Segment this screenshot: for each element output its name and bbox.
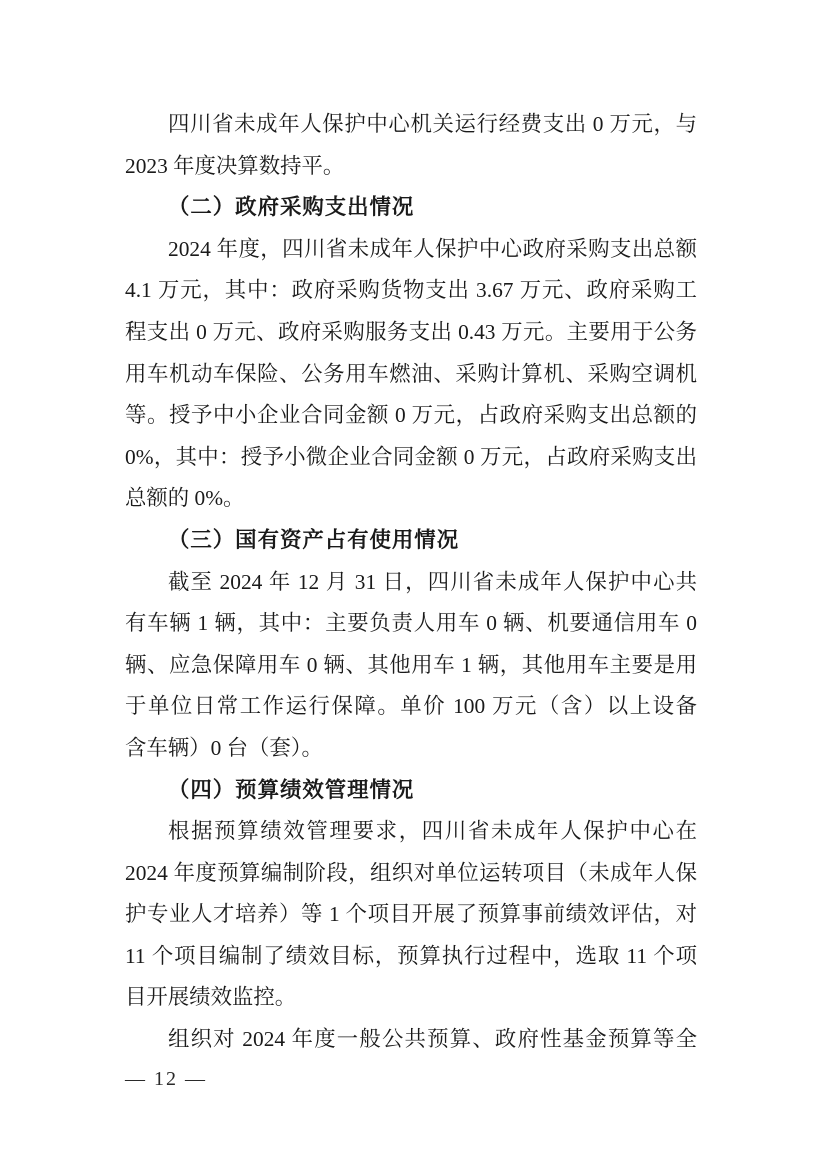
text-line: 0%，其中：授予小微企业合同金额 0 万元，占政府采购支出 — [125, 437, 697, 479]
text-line: 4.1 万元，其中：政府采购货物支出 3.67 万元、政府采购工 — [125, 270, 697, 312]
text-line: 程支出 0 万元、政府采购服务支出 0.43 万元。主要用于公务 — [125, 312, 697, 354]
text-line: 辆、应急保障用车 0 辆、其他用车 1 辆，其他用车主要是用 — [125, 645, 697, 687]
text-line: 等。授予中小企业合同金额 0 万元，占政府采购支出总额的 — [125, 395, 697, 437]
text-line: 四川省未成年人保护中心机关运行经费支出 0 万元，与 — [125, 104, 697, 146]
text-line: 用车机动车保险、公务用车燃油、采购计算机、采购空调机 — [125, 354, 697, 396]
document-page: 四川省未成年人保护中心机关运行经费支出 0 万元，与2023 年度决算数持平。（… — [0, 0, 826, 1169]
text-line: 2024 年度，四川省未成年人保护中心政府采购支出总额 — [125, 229, 697, 271]
text-line: 总额的 0%。 — [125, 478, 697, 520]
document-body: 四川省未成年人保护中心机关运行经费支出 0 万元，与2023 年度决算数持平。（… — [125, 104, 697, 1061]
text-line: 截至 2024 年 12 月 31 日，四川省未成年人保护中心共 — [125, 562, 697, 604]
text-line: 2023 年度决算数持平。 — [125, 146, 697, 188]
section-heading: （三）国有资产占有使用情况 — [125, 520, 697, 562]
section-heading: （四）预算绩效管理情况 — [125, 770, 697, 812]
text-line: 含车辆）0 台（套）。 — [125, 728, 697, 770]
text-line: 有车辆 1 辆，其中：主要负责人用车 0 辆、机要通信用车 0 — [125, 603, 697, 645]
text-line: 组织对 2024 年度一般公共预算、政府性基金预算等全 — [125, 1019, 697, 1061]
text-line: 2024 年度预算编制阶段，组织对单位运转项目（未成年人保 — [125, 853, 697, 895]
page-number: — 12 — — [125, 1064, 207, 1094]
text-line: 11 个项目编制了绩效目标，预算执行过程中，选取 11 个项 — [125, 936, 697, 978]
text-line: 目开展绩效监控。 — [125, 977, 697, 1019]
section-heading: （二）政府采购支出情况 — [125, 187, 697, 229]
text-line: 护专业人才培养）等 1 个项目开展了预算事前绩效评估，对 — [125, 894, 697, 936]
text-line: 于单位日常工作运行保障。单价 100 万元（含）以上设备（不 — [125, 686, 697, 728]
text-line: 根据预算绩效管理要求，四川省未成年人保护中心在 — [125, 811, 697, 853]
